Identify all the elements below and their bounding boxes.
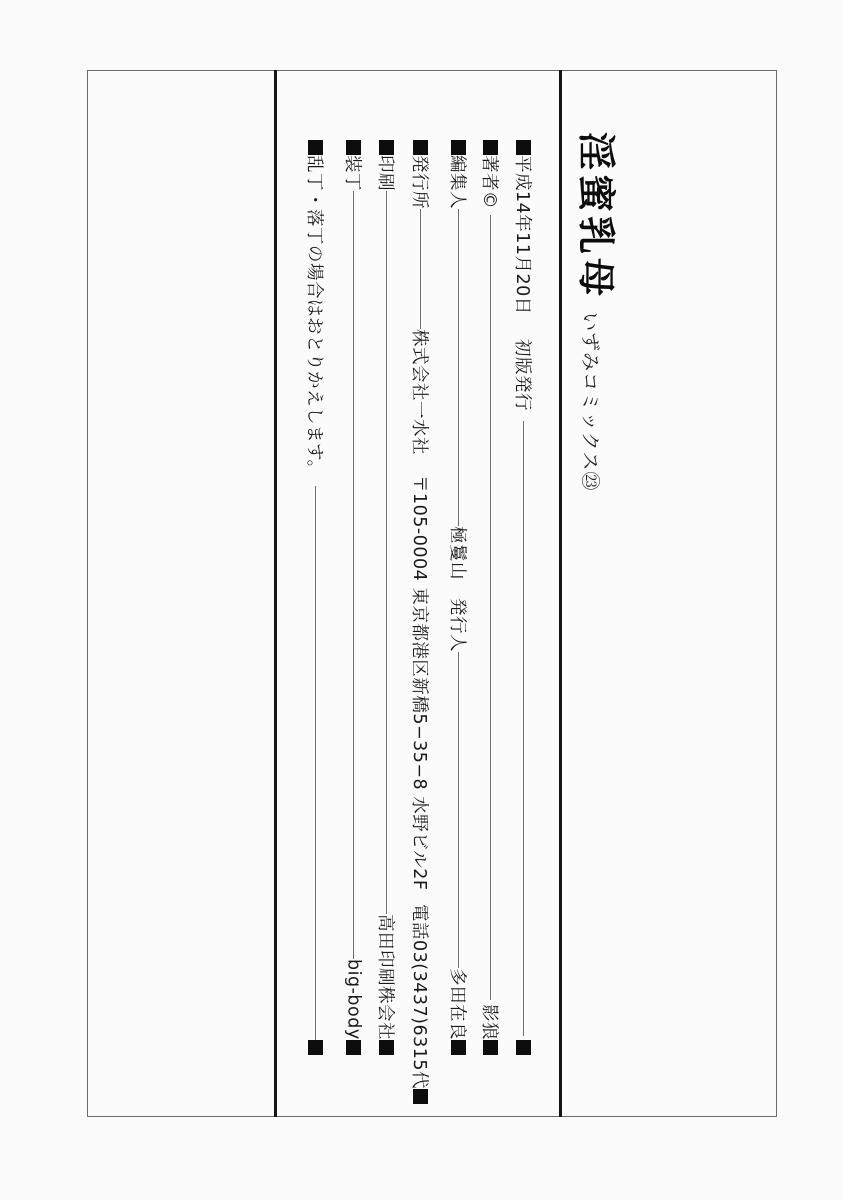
right-divider [559,70,562,1117]
publisher-label: 発行所 [408,155,433,209]
square-bullet-icon [346,1040,361,1055]
printer-label: 印刷 [374,155,399,191]
colophon-row-publisher: 発行所 株式会社一水社 〒105-0004 東京都港区新橋5−35−8 水野ビル… [408,140,433,1055]
colophon-row-printer: 印刷 高田印刷株会社 [374,140,399,1055]
colophon-row-author: 著者© 影狼 [478,140,503,1055]
author-label: 著者© [478,155,503,209]
leader-line [458,209,460,526]
leader-line [353,191,355,959]
colophon-row-notice: 乱丁・落丁の場合はおとりかえします。 [303,140,328,1055]
colophon-row-date: 平成14年11月20日 初版発行 [511,140,536,1055]
author-value: 影狼 [478,1004,503,1040]
colophon-row-editor: 編集人 極鬘山 発行人 多田在良 [446,140,471,1055]
left-divider [274,70,277,1117]
square-bullet-icon [308,1040,323,1055]
leader-line [386,191,388,914]
publisher-address: 〒105-0004 東京都港区新橋5−35−8 水野ビル2F [408,475,433,890]
square-bullet-icon [516,140,531,155]
editor-value: 多田在良 [446,968,471,1040]
series-name: いずみコミックス㉓ [578,312,605,491]
square-bullet-icon [451,1040,466,1055]
square-bullet-icon [451,140,466,155]
book-title-text: 淫蜜乳母 [572,132,627,300]
leader-line [315,486,317,1040]
notice-text: 乱丁・落丁の場合はおとりかえします。 [303,155,328,478]
leader-line [458,652,460,969]
publisher-phone: 電話03(3437)6315代 [408,904,433,1089]
editor-publisher-person: 極鬘山 発行人 [446,526,471,652]
leader-line [523,421,525,1036]
square-bullet-icon [308,140,323,155]
publisher-value: 株式会社一水社 [408,329,433,455]
square-bullet-icon [483,140,498,155]
leader-line [420,209,422,329]
colophon-row-design: 装丁 big-body [341,140,366,1055]
square-bullet-icon [483,1040,498,1055]
design-label: 装丁 [341,155,366,191]
leader-line [490,215,492,1000]
square-bullet-icon [413,140,428,155]
square-bullet-icon [379,1040,394,1055]
design-value: big-body [344,959,364,1040]
date-label: 平成14年11月20日 [511,155,536,315]
square-bullet-icon [516,1040,531,1055]
editor-label: 編集人 [446,155,471,209]
square-bullet-icon [413,1089,428,1104]
square-bullet-icon [379,140,394,155]
square-bullet-icon [346,140,361,155]
book-title: 淫蜜乳母 [572,132,627,300]
printer-value: 高田印刷株会社 [374,914,399,1040]
series-name-text: いずみコミックス㉓ [578,312,605,491]
date-value: 初版発行 [511,339,536,411]
